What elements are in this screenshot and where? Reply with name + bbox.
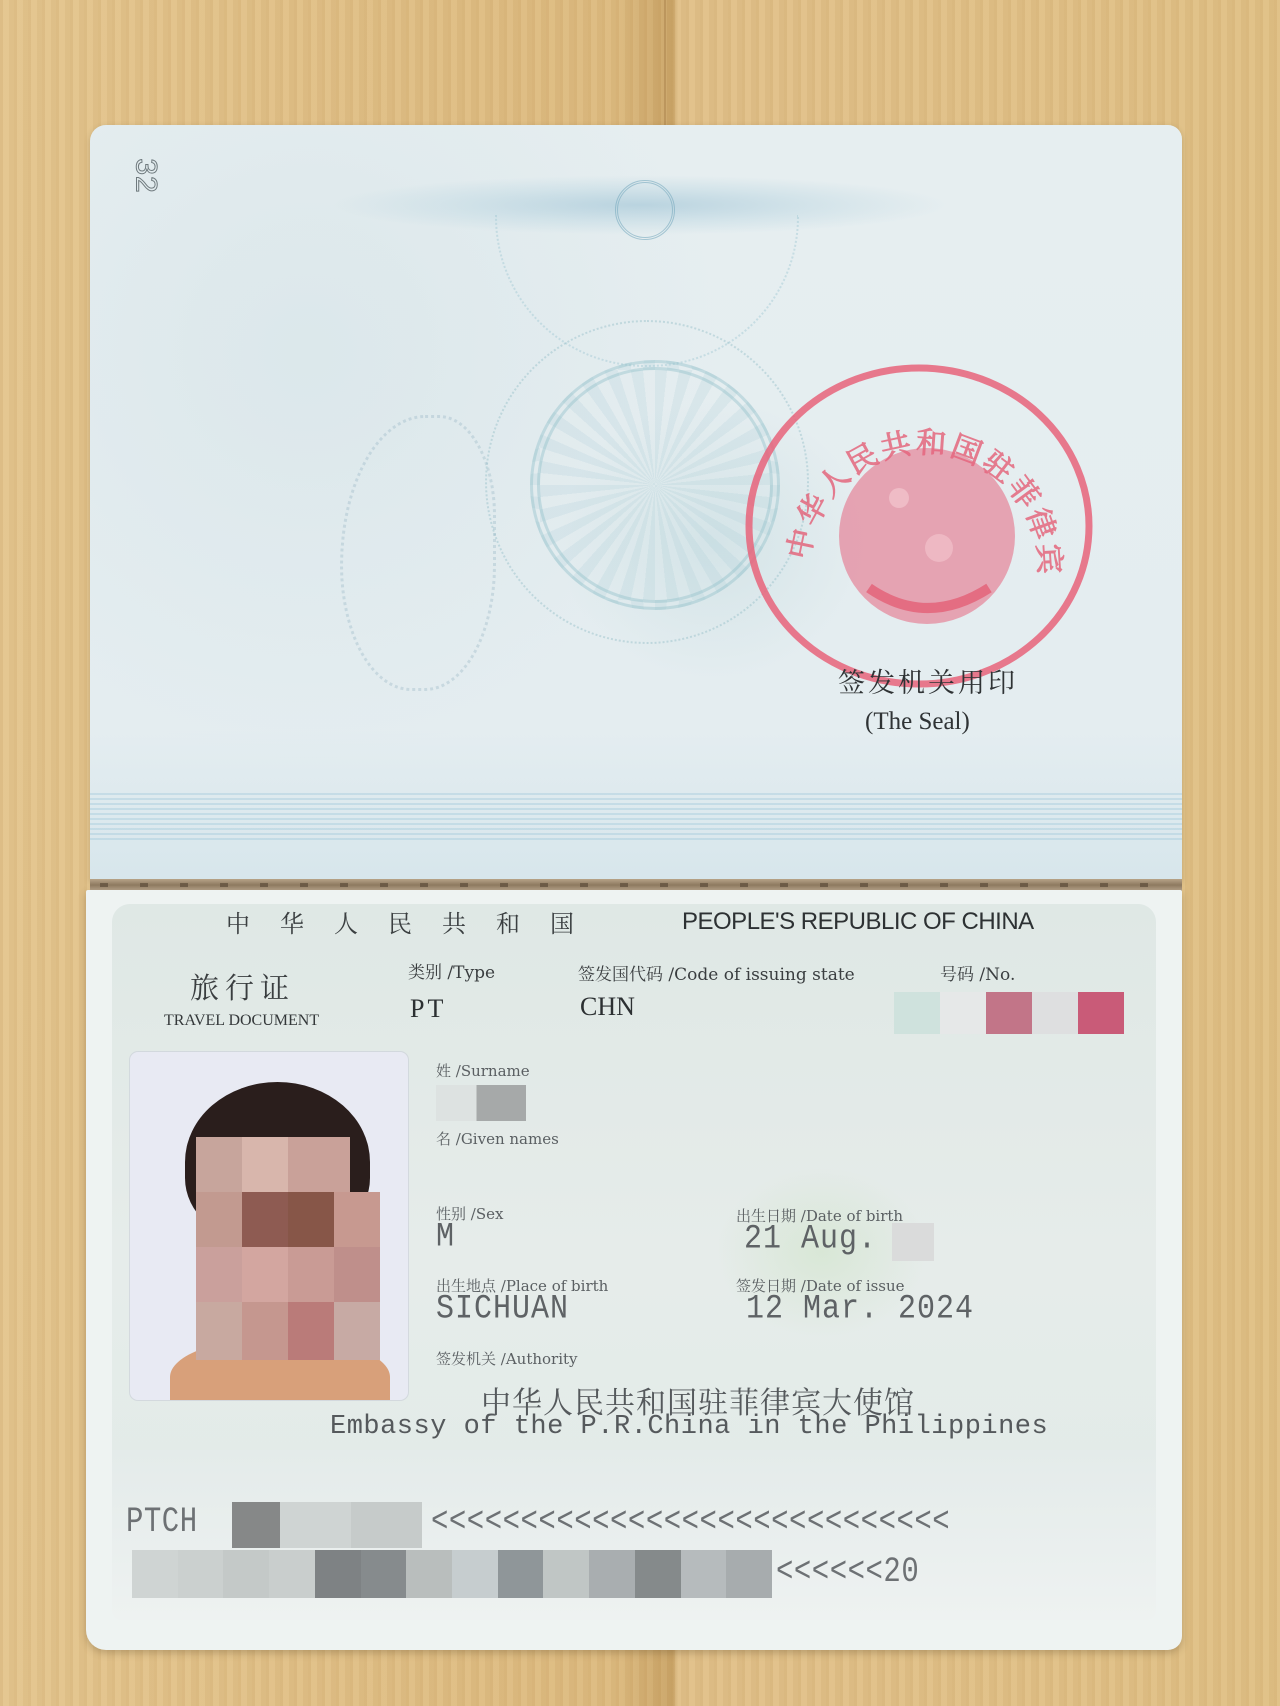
data-page: 中华人民共和国 PEOPLE'S REPUBLIC OF CHINA 旅行证 T… (86, 890, 1182, 1650)
seal-caption-english: (The Seal) (865, 708, 970, 736)
authority-value-english: Embassy of the P.R.China in the Philippi… (330, 1412, 1048, 1442)
issuing-state-value: CHN (580, 992, 635, 1022)
mrz-line2-redaction (132, 1550, 772, 1598)
surname-label: 姓 /Surname (436, 1060, 530, 1081)
mrz-line1-filler: <<<<<<<<<<<<<<<<<<<<<<<<<<<<< (431, 1502, 950, 1542)
document-type-english: TRAVEL DOCUMENT (164, 1012, 319, 1030)
embassy-seal-stamp: 中华人民共和国驻菲律宾共和国大使馆 (739, 358, 1099, 698)
authority-label: 签发机关 /Authority (436, 1348, 578, 1369)
country-name-english: PEOPLE'S REPUBLIC OF CHINA (682, 908, 1034, 936)
wave-security-band (90, 790, 1182, 840)
binding-stitches (100, 883, 1170, 887)
date-of-issue-value: 12 Mar. 2024 (746, 1290, 974, 1329)
holder-photo (130, 1052, 408, 1400)
type-value: PT (410, 994, 446, 1024)
visa-page: 32 中华人民共和国驻菲律宾共和国大使馆 签发机关用印 (The Seal) (90, 125, 1182, 881)
issuing-state-label: 签发国代码 /Code of issuing state (578, 960, 855, 985)
table-plank-seam (664, 0, 666, 125)
given-names-label: 名 /Given names (436, 1128, 559, 1149)
document-type-chinese: 旅行证 (190, 966, 295, 1007)
sex-value: M (436, 1218, 455, 1257)
mrz-line1-prefix: PTCH (126, 1502, 198, 1542)
page-number: 32 (129, 158, 163, 193)
wooden-table-background (0, 0, 1280, 125)
country-name-chinese: 中华人民共和国 (226, 904, 604, 939)
place-of-birth-value: SICHUAN (436, 1290, 569, 1329)
type-label: 类别 /Type (408, 958, 495, 983)
date-of-birth-value: 21 Aug. (744, 1220, 877, 1259)
number-label: 号码 /No. (940, 960, 1015, 985)
dragon-watermark-icon (340, 415, 496, 691)
mrz-line2-suffix: <<<<<<20 (776, 1552, 919, 1592)
mrz-line1-redaction (232, 1502, 422, 1548)
number-redaction (894, 992, 1124, 1034)
surname-redaction (436, 1085, 526, 1121)
seal-caption-chinese: 签发机关用印 (838, 661, 1018, 700)
birth-year-redaction (892, 1223, 934, 1261)
